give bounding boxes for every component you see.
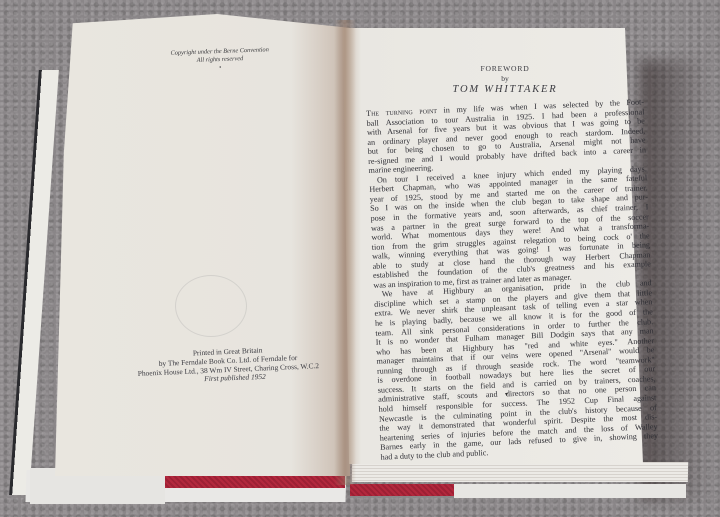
copyright-line-2: All rights reserved — [197, 55, 244, 64]
foreword-by: by — [390, 74, 620, 83]
foreword-heading: FOREWORD — [390, 64, 620, 73]
foreword-author: TOM WHITTAKER — [390, 84, 620, 95]
page-block-edge — [352, 462, 688, 482]
end-ornament-icon: ▾ — [505, 391, 508, 398]
left-page — [55, 14, 350, 476]
faint-stamp-mark — [175, 275, 247, 337]
book-gutter — [334, 20, 356, 485]
foreword-header: FOREWORD by TOM WHITTAKER — [390, 64, 620, 95]
dust-jacket-right — [454, 484, 686, 498]
photo-scene: Copyright under the Berne Convention All… — [0, 0, 720, 517]
dust-jacket-edge — [9, 70, 59, 495]
red-cover-right — [350, 484, 454, 496]
foreword-body: The turning point in my life was when I … — [366, 97, 659, 462]
